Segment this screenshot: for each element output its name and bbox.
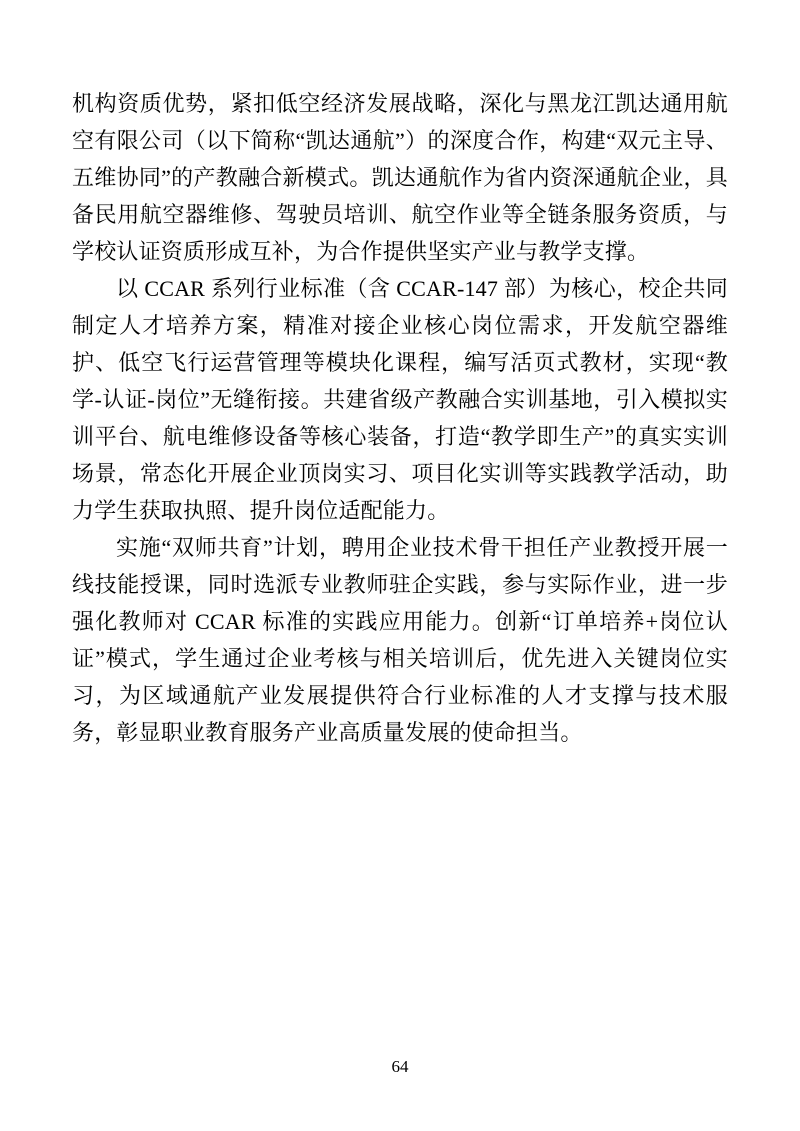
paragraph-dual-teacher-program: 实施“双师共育”计划，聘用企业技术骨干担任产业教授开展一线技能授课，同时选派专业… [72, 529, 728, 751]
document-page: 机构资质优势，紧扣低空经济发展战略，深化与黑龙江凯达通用航空有限公司（以下简称“… [0, 0, 800, 1131]
paragraph-continuation: 机构资质优势，紧扣低空经济发展战略，深化与黑龙江凯达通用航空有限公司（以下简称“… [72, 85, 728, 270]
page-number: 64 [0, 1056, 800, 1078]
paragraph-ccar-standards: 以 CCAR 系列行业标准（含 CCAR-147 部）为核心，校企共同制定人才培… [72, 270, 728, 529]
page-content: 机构资质优势，紧扣低空经济发展战略，深化与黑龙江凯达通用航空有限公司（以下简称“… [72, 85, 728, 751]
